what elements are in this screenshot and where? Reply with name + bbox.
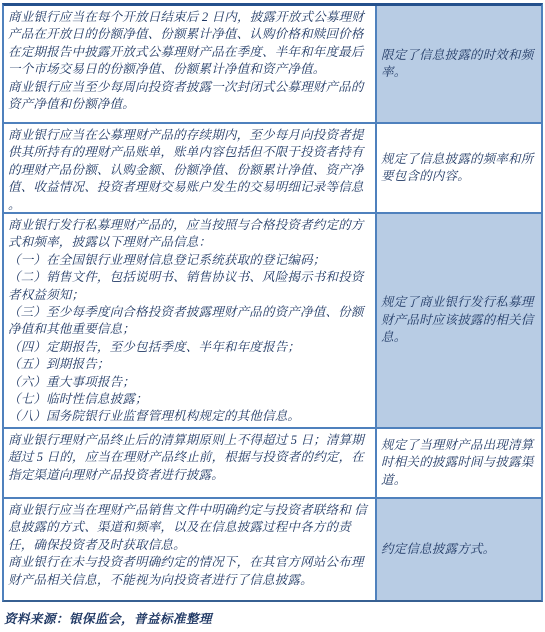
summary-text: 规定了信息披露的频率和所要包含的内容。 [381, 151, 536, 186]
regulation-list-item: （三）至少每季度向合格投资者披露理财产品的资产净值、份额净值和其他重要信息； [8, 304, 370, 339]
summary-cell-row1: 限定了信息披露的时效和频率。 [377, 6, 541, 122]
regulation-cell-row5: 商业银行应当在理财产品销售文件中明确约定与投资者联络和 信息披露的方式、渠道和频… [4, 499, 375, 600]
regulation-cell-row1: 商业银行应当在每个开放日结束后 2 日内，披露开放式公募理财产品在开放日的份额净… [4, 6, 375, 122]
summary-text: 规定了商业银行发行私募理财产品时应该披露的相关信息。 [381, 294, 536, 346]
summary-cell-row4: 规定了当理财产品出现清算时相关的披露时间与披露渠道。 [377, 429, 541, 497]
summary-cell-row5: 约定信息披露方式。 [377, 499, 541, 600]
summary-cell-row3: 规定了商业银行发行私募理财产品时应该披露的相关信息。 [377, 214, 541, 427]
regulation-paragraph: 商业银行在未与投资者明确约定的情况下，在其官方网站公布理财产品相关信息，不能视为… [8, 554, 370, 589]
regulation-paragraph: 商业银行应当至少每周向投资者披露一次封闭式公募理财产品的资产净值和份额净值。 [8, 79, 370, 114]
summary-text: 限定了信息披露的时效和频率。 [381, 47, 536, 82]
regulation-paragraph: 商业银行应当在理财产品销售文件中明确约定与投资者联络和 信息披露的方式、渠道和频… [8, 502, 370, 554]
regulation-disclosure-table: 商业银行应当在每个开放日结束后 2 日内，披露开放式公募理财产品在开放日的份额净… [2, 3, 543, 602]
summary-cell-row2: 规定了信息披露的频率和所要包含的内容。 [377, 124, 541, 212]
regulation-intro: 商业银行发行私募理财产品的，应当按照与合格投资者约定的方式和频率，披露以下理财产… [8, 217, 370, 252]
regulation-list-item: （五）到期报告； [8, 356, 370, 373]
regulation-paragraph: 商业银行应当在每个开放日结束后 2 日内，披露开放式公募理财产品在开放日的份额净… [8, 9, 370, 79]
regulation-paragraph: 商业银行理财产品终止后的清算期原则上不得超过 5 日；清算期超过 5 日的，应当… [8, 432, 370, 484]
regulation-cell-row3: 商业银行发行私募理财产品的，应当按照与合格投资者约定的方式和频率，披露以下理财产… [4, 214, 375, 427]
regulation-cell-row4: 商业银行理财产品终止后的清算期原则上不得超过 5 日；清算期超过 5 日的，应当… [4, 429, 375, 497]
regulation-list-item: （一）在全国银行业理财信息登记系统获取的登记编码； [8, 252, 370, 269]
regulation-paragraph: 商业银行应当在公募理财产品的存续期内，至少每月向投资者提供其所持有的理财产品账单… [8, 127, 370, 212]
summary-text: 约定信息披露方式。 [381, 541, 495, 558]
regulation-list-item: （六）重大事项报告； [8, 374, 370, 391]
summary-text: 规定了当理财产品出现清算时相关的披露时间与披露渠道。 [381, 437, 536, 489]
regulation-cell-row2: 商业银行应当在公募理财产品的存续期内，至少每月向投资者提供其所持有的理财产品账单… [4, 124, 375, 212]
regulation-list-item: （八）国务院银行业监督管理机构规定的其他信息。 [8, 408, 370, 425]
source-note: 资料来源：银保监会，普益标准整理 [4, 609, 545, 627]
regulation-list-item: （二）销售文件，包括说明书、销售协议书、风险揭示书和投资者权益须知； [8, 269, 370, 304]
regulation-list-item: （七）临时性信息披露； [8, 391, 370, 408]
regulation-list-item: （四）定期报告，至少包括季度、半年和年度报告； [8, 339, 370, 356]
